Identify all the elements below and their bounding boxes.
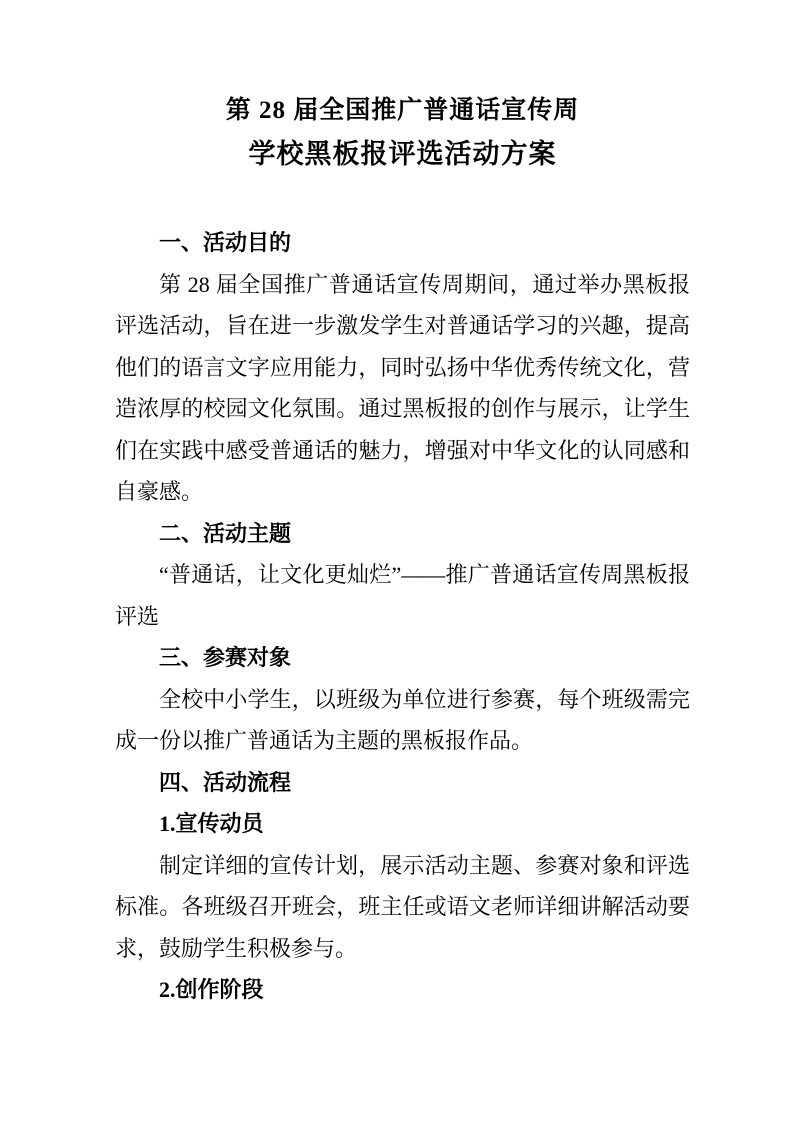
- section-paragraph-activity-purpose: 第 28 届全国推广普通话宣传周期间，通过举办黑板报评选活动，旨在进一步激发学生…: [115, 264, 690, 513]
- section-paragraph-activity-theme: “普通话，让文化更灿烂”——推广普通话宣传周黑板报评选: [115, 554, 690, 637]
- section-heading-activity-process: 四、活动流程: [115, 762, 690, 804]
- subsection-label-publicity-mobilization: 1.宣传动员: [115, 803, 690, 845]
- document-body: 第 28 届全国推广普通话宣传周 学校黑板报评选活动方案 一、活动目的 第 28…: [0, 0, 793, 1011]
- subsection-paragraph-publicity-mobilization: 制定详细的宣传计划，展示活动主题、参赛对象和评选标准。各班级召开班会，班主任或语…: [115, 845, 690, 970]
- document-page: 第 28 届全国推广普通话宣传周 学校黑板报评选活动方案 一、活动目的 第 28…: [0, 0, 793, 1122]
- document-title-line1: 第 28 届全国推广普通话宣传周: [115, 90, 690, 132]
- section-heading-participants: 三、参赛对象: [115, 637, 690, 679]
- section-heading-activity-purpose: 一、活动目的: [115, 222, 690, 264]
- document-title-line2: 学校黑板报评选活动方案: [115, 132, 690, 176]
- subsection-label-creation-phase: 2.创作阶段: [115, 969, 690, 1011]
- section-paragraph-participants: 全校中小学生，以班级为单位进行参赛，每个班级需完成一份以推广普通话为主题的黑板报…: [115, 679, 690, 762]
- section-heading-activity-theme: 二、活动主题: [115, 513, 690, 555]
